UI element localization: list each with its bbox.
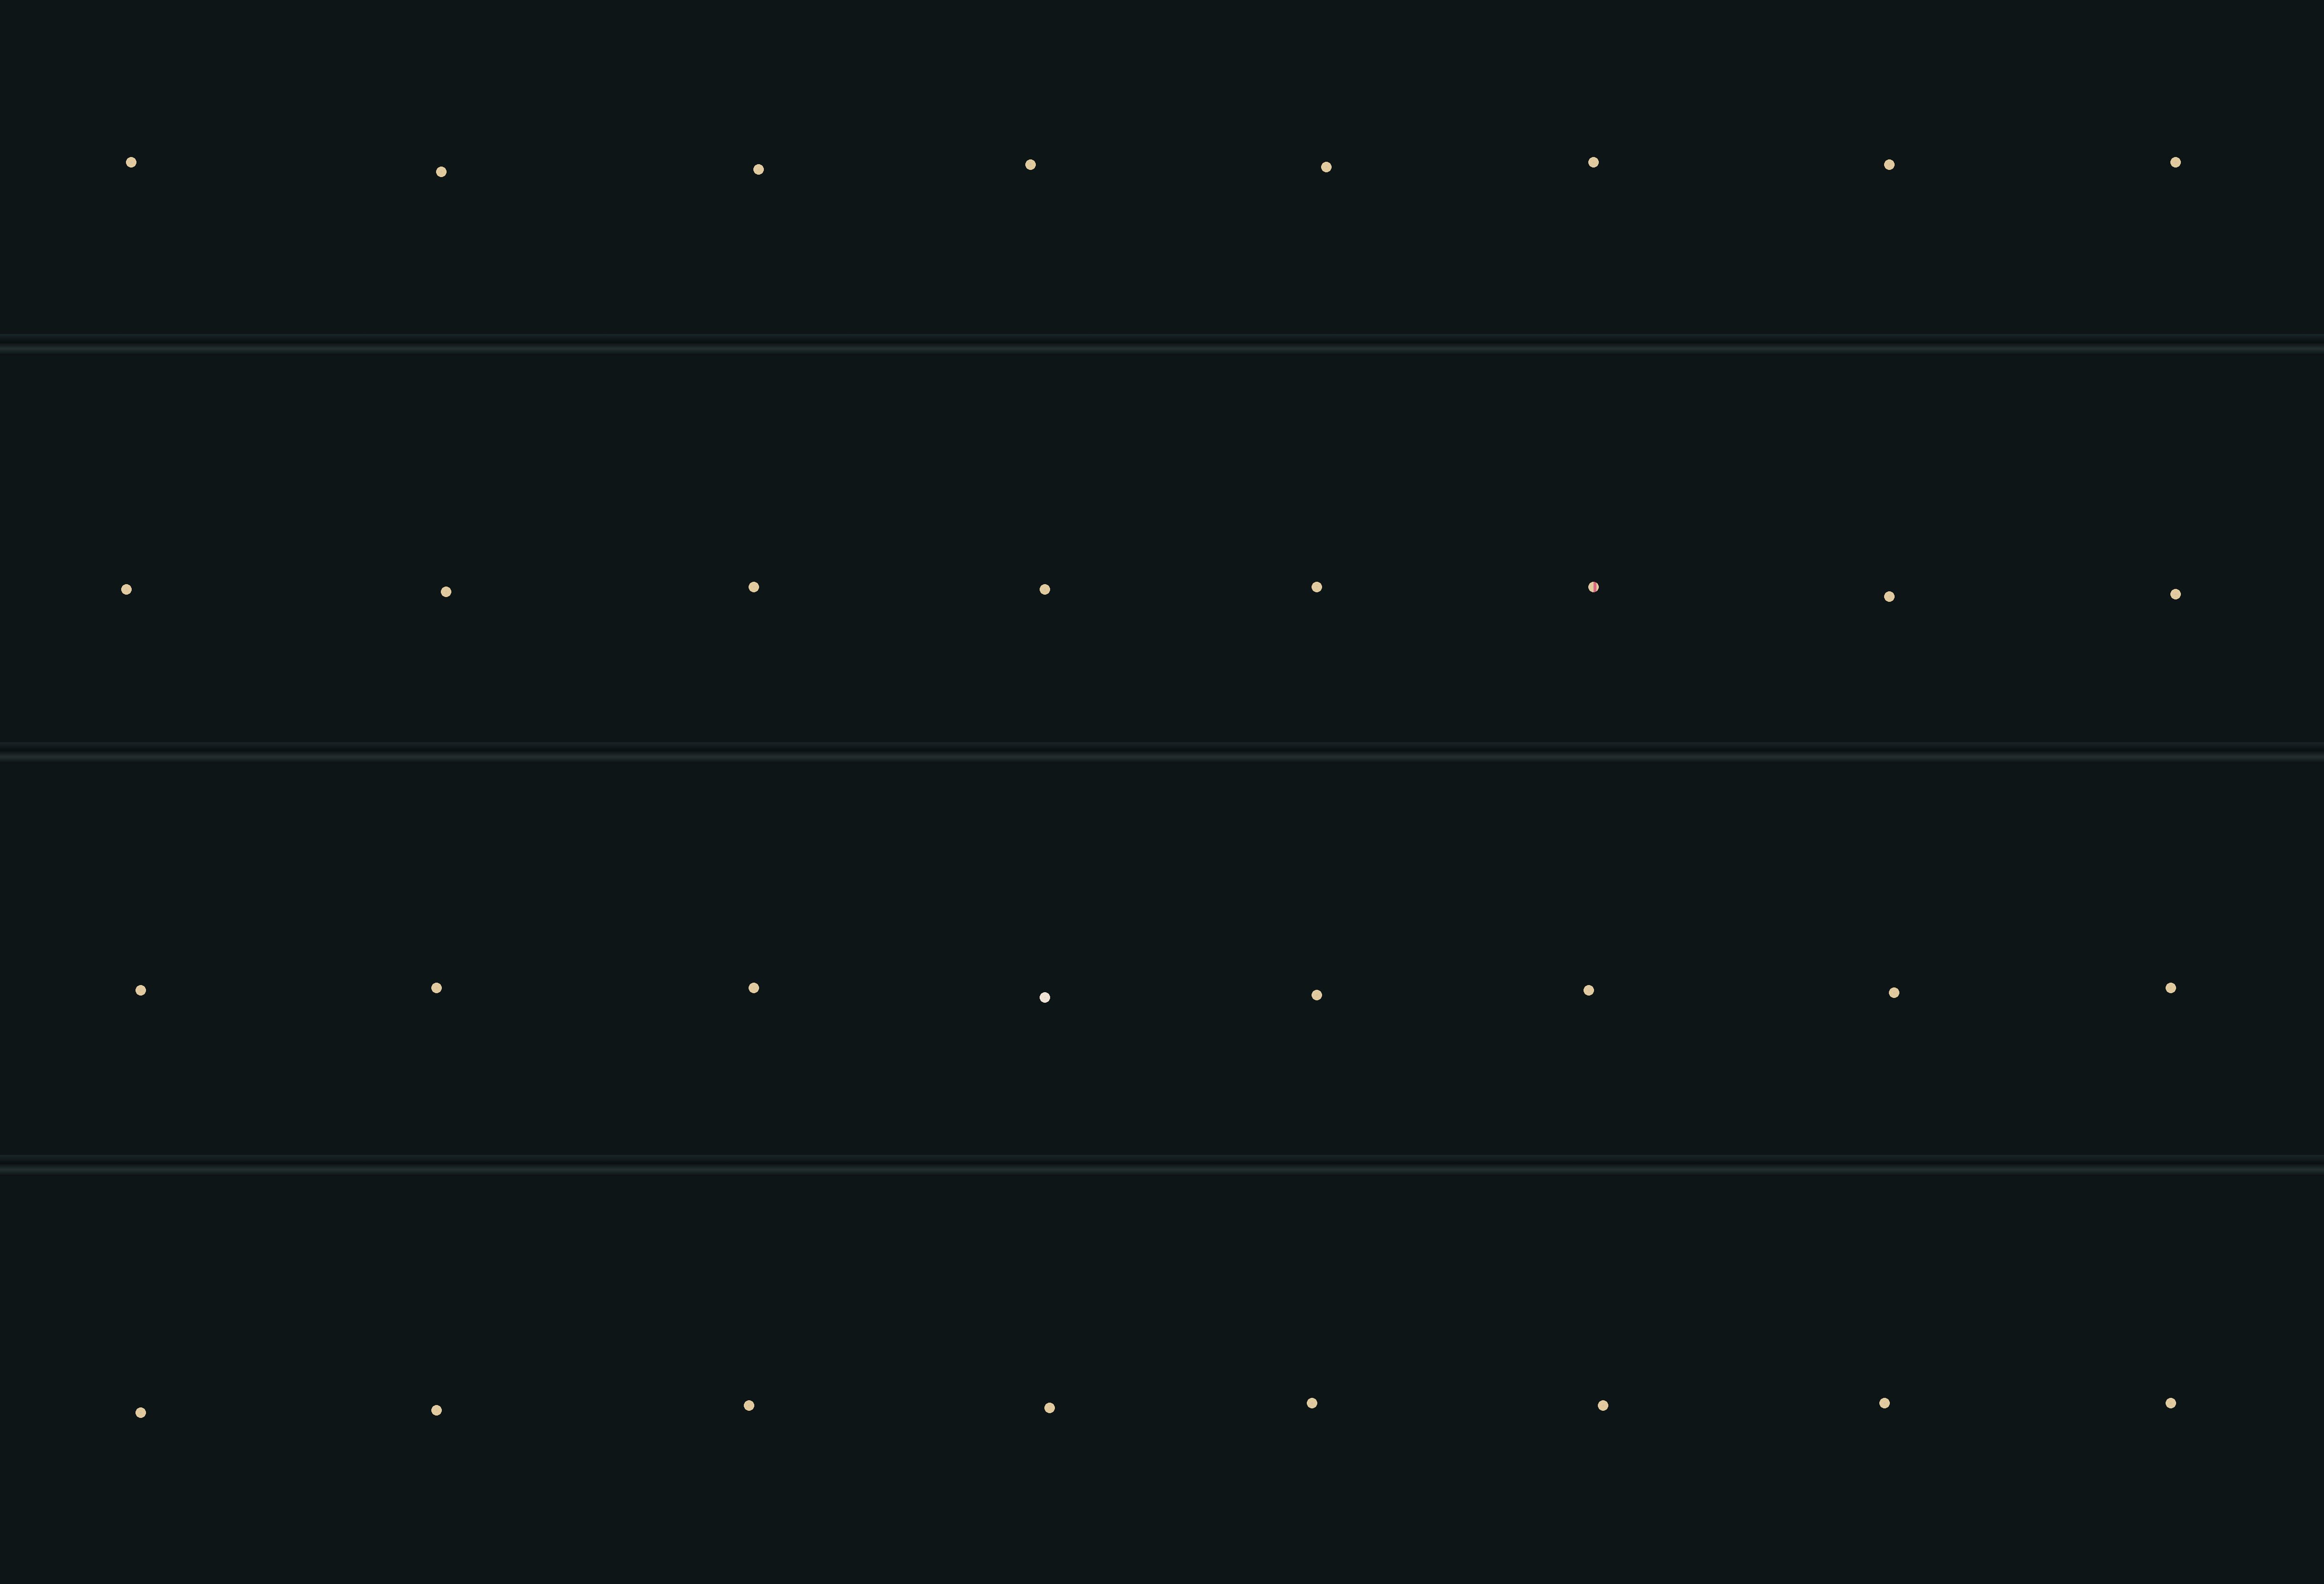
postmark-cancel — [55, 65, 208, 248]
stamp-back: 18 — [2056, 458, 2295, 730]
stamp-back — [926, 859, 1164, 1136]
pencil-marking: 18 — [1615, 1451, 1682, 1512]
stamp-back — [926, 449, 1164, 730]
stamp-back: 18 — [639, 33, 878, 305]
stamp-back — [1207, 29, 1446, 305]
stamp-back: 30516 — [2056, 19, 2295, 305]
paper-label: IBRE — [1830, 471, 1875, 604]
pencil-marking: Tyler — [115, 663, 189, 696]
hinge-remnant — [377, 1296, 496, 1378]
pencil-marking: 30516 — [2164, 238, 2255, 271]
stamp-back — [2052, 840, 2290, 1136]
stamp-back — [12, 19, 250, 305]
postmark-cancel — [1236, 1306, 1388, 1489]
stamp-back — [1770, 24, 2009, 305]
postmark-cancel — [2099, 65, 2252, 248]
hinge-remnant — [990, 1291, 1109, 1374]
stamp-back — [911, 24, 1150, 305]
perforation-edge — [322, 449, 570, 735]
pencil-marking: 16 — [1329, 1041, 1396, 1102]
hinge-remnant — [694, 864, 813, 953]
postmark-cancel — [1512, 892, 1665, 1077]
hinge-remnant — [689, 1287, 809, 1372]
stamp-back — [2052, 1260, 2290, 1546]
mount-strip — [0, 334, 2324, 355]
hinge-remnant — [985, 471, 1105, 556]
stock-page: 1830516TylerIBRE18451661815 — [0, 0, 2324, 1584]
hinge-remnant — [377, 864, 496, 953]
stamp-back — [322, 38, 561, 305]
stamp-back: Tyler — [7, 449, 246, 730]
stamp-back — [327, 453, 565, 730]
stamp-back: IBRE — [1770, 463, 2009, 730]
pencil-marking: 15 — [1897, 1451, 1963, 1512]
pencil-marking: 18 — [771, 212, 837, 273]
stamp-back: 15 — [1765, 1260, 2004, 1546]
stamp-back — [930, 1269, 1169, 1546]
hinge-remnant — [1834, 872, 1954, 958]
stamp-back — [635, 444, 873, 730]
stamp-back — [1198, 444, 1436, 730]
hinge-remnant — [1830, 46, 1949, 131]
perforation-edge — [1761, 1255, 2009, 1551]
stamp-back: 16 — [1198, 854, 1436, 1136]
postmark-cancel — [1240, 490, 1393, 672]
stamp-back — [1193, 1260, 1431, 1546]
hinge-remnant — [971, 46, 1090, 131]
hinge-remnant — [2111, 864, 2230, 953]
stamp-back — [21, 1279, 260, 1546]
stamp-back — [317, 1274, 556, 1546]
hinge-remnant — [382, 60, 501, 140]
stamp-back — [1775, 850, 2013, 1136]
hinge-remnant — [1257, 877, 1376, 961]
hinge-remnant — [2111, 1283, 2230, 1369]
stamp-back — [1474, 444, 1713, 730]
postmark-cancel — [677, 490, 830, 672]
stamp-back — [317, 840, 556, 1136]
stamp-back — [1474, 19, 1713, 305]
mount-strip — [0, 1155, 2324, 1176]
pencil-marking: 6 — [761, 1451, 794, 1512]
postmark-cancel — [1250, 73, 1403, 250]
stamp-back — [1469, 845, 1708, 1136]
postmark-cancel — [64, 1322, 217, 1492]
pencil-marking: 45 — [766, 1039, 833, 1101]
stamp-back: 45 — [635, 840, 873, 1136]
stamp-back — [21, 845, 260, 1136]
pencil-marking: 18 — [2188, 637, 2254, 698]
stamp-back: 18 — [1484, 1265, 1722, 1546]
red-line — [1636, 450, 1639, 724]
hinge-remnant — [81, 868, 200, 955]
red-line — [1594, 450, 1596, 724]
stamp-back: 6 — [630, 1265, 868, 1546]
mount-strip — [0, 742, 2324, 763]
postmark-cancel — [1517, 65, 1670, 248]
